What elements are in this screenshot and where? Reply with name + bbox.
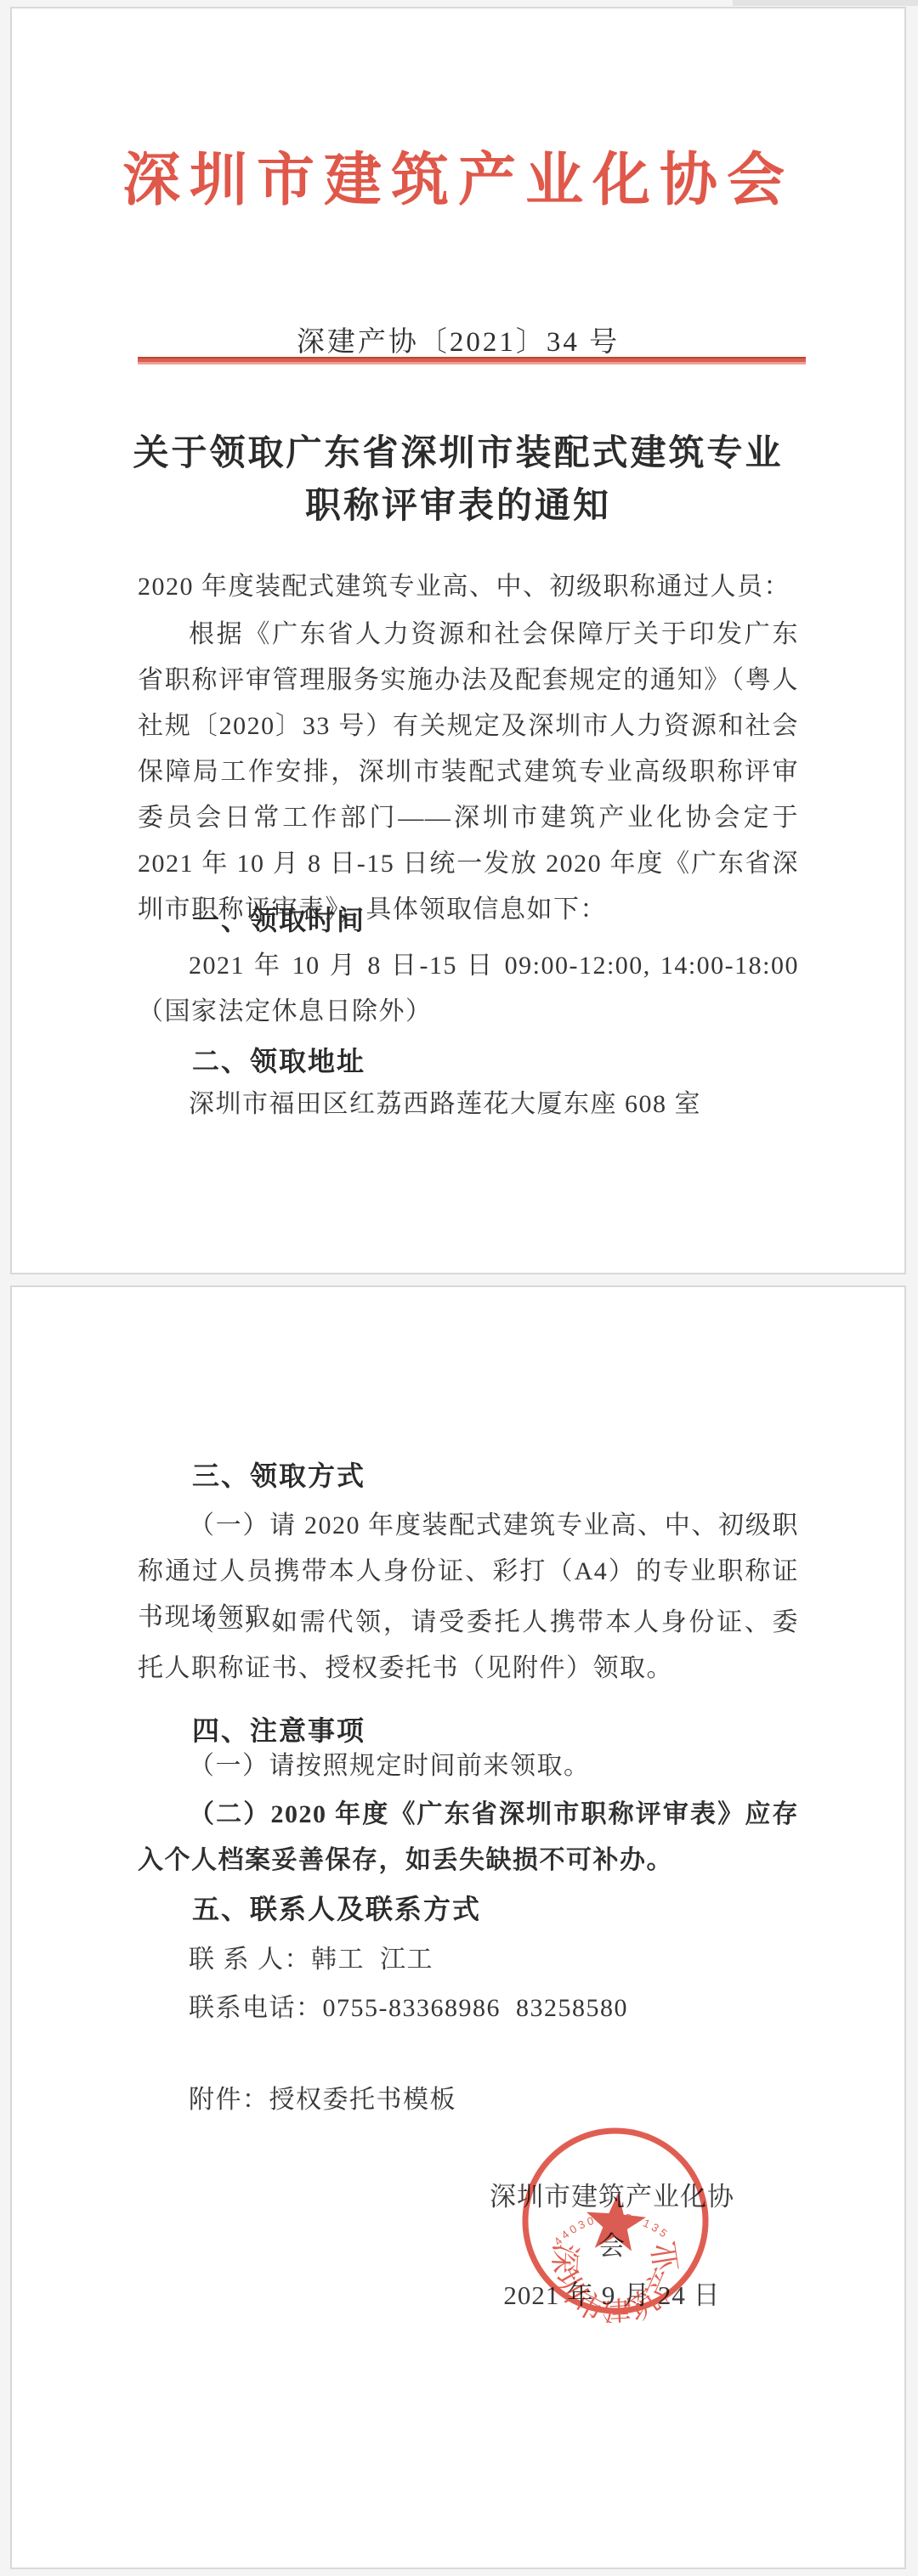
section4-item1: （一）请按照规定时间前来领取。	[138, 1743, 799, 1789]
contact-phone: 联系电话：0755-83368986 83258580	[138, 1986, 799, 2031]
notice-title-line2: 职称评审表的通知	[12, 477, 904, 528]
section2-text: 深圳市福田区红荔西路莲花大厦东座 608 室	[138, 1082, 799, 1127]
document-page-2: 三、领取方式 （一）请 2020 年度装配式建筑专业高、中、初级职称通过人员携带…	[10, 1285, 906, 2569]
section2-heading: 二、领取地址	[138, 1038, 799, 1084]
document-page-1: 深圳市建筑产业化协会 深建产协〔2021〕34 号 关于领取广东省深圳市装配式建…	[10, 7, 906, 1274]
attachment-line: 附件：授权委托书模板	[138, 2077, 799, 2123]
official-seal-stamp: 深圳市建筑产业化协会 4403040757135	[513, 2119, 717, 2323]
notice-title-line1: 关于领取广东省深圳市装配式建筑专业	[12, 425, 904, 476]
section1-heading: 一、领取时间	[138, 897, 799, 943]
document-number: 深建产协〔2021〕34 号	[12, 319, 904, 359]
salutation: 2020 年度装配式建筑专业高、中、初级职称通过人员：	[138, 564, 799, 610]
section5-heading: 五、联系人及联系方式	[138, 1886, 799, 1932]
section3-heading: 三、领取方式	[138, 1453, 799, 1499]
section1-text: 2021 年 10 月 8 日-15 日 09:00-12:00, 14:00-…	[138, 943, 799, 1035]
letterhead-red-rule	[138, 357, 806, 364]
letterhead-org-title: 深圳市建筑产业化协会	[12, 134, 904, 217]
intro-paragraph: 根据《广东省人力资源和社会保障厅关于印发广东省职称评审管理服务实施办法及配套规定…	[138, 612, 799, 933]
section3-item2: （二）如需代领，请受委托人携带本人身份证、委托人职称证书、授权委托书（见附件）领…	[138, 1600, 799, 1692]
section4-item2: （二）2020 年度《广东省深圳市职称评审表》应存入个人档案妥善保存，如丢失缺损…	[138, 1792, 799, 1884]
contact-person: 联 系 人：韩工 江工	[138, 1937, 799, 1983]
scan-artifact-strip	[733, 0, 918, 6]
